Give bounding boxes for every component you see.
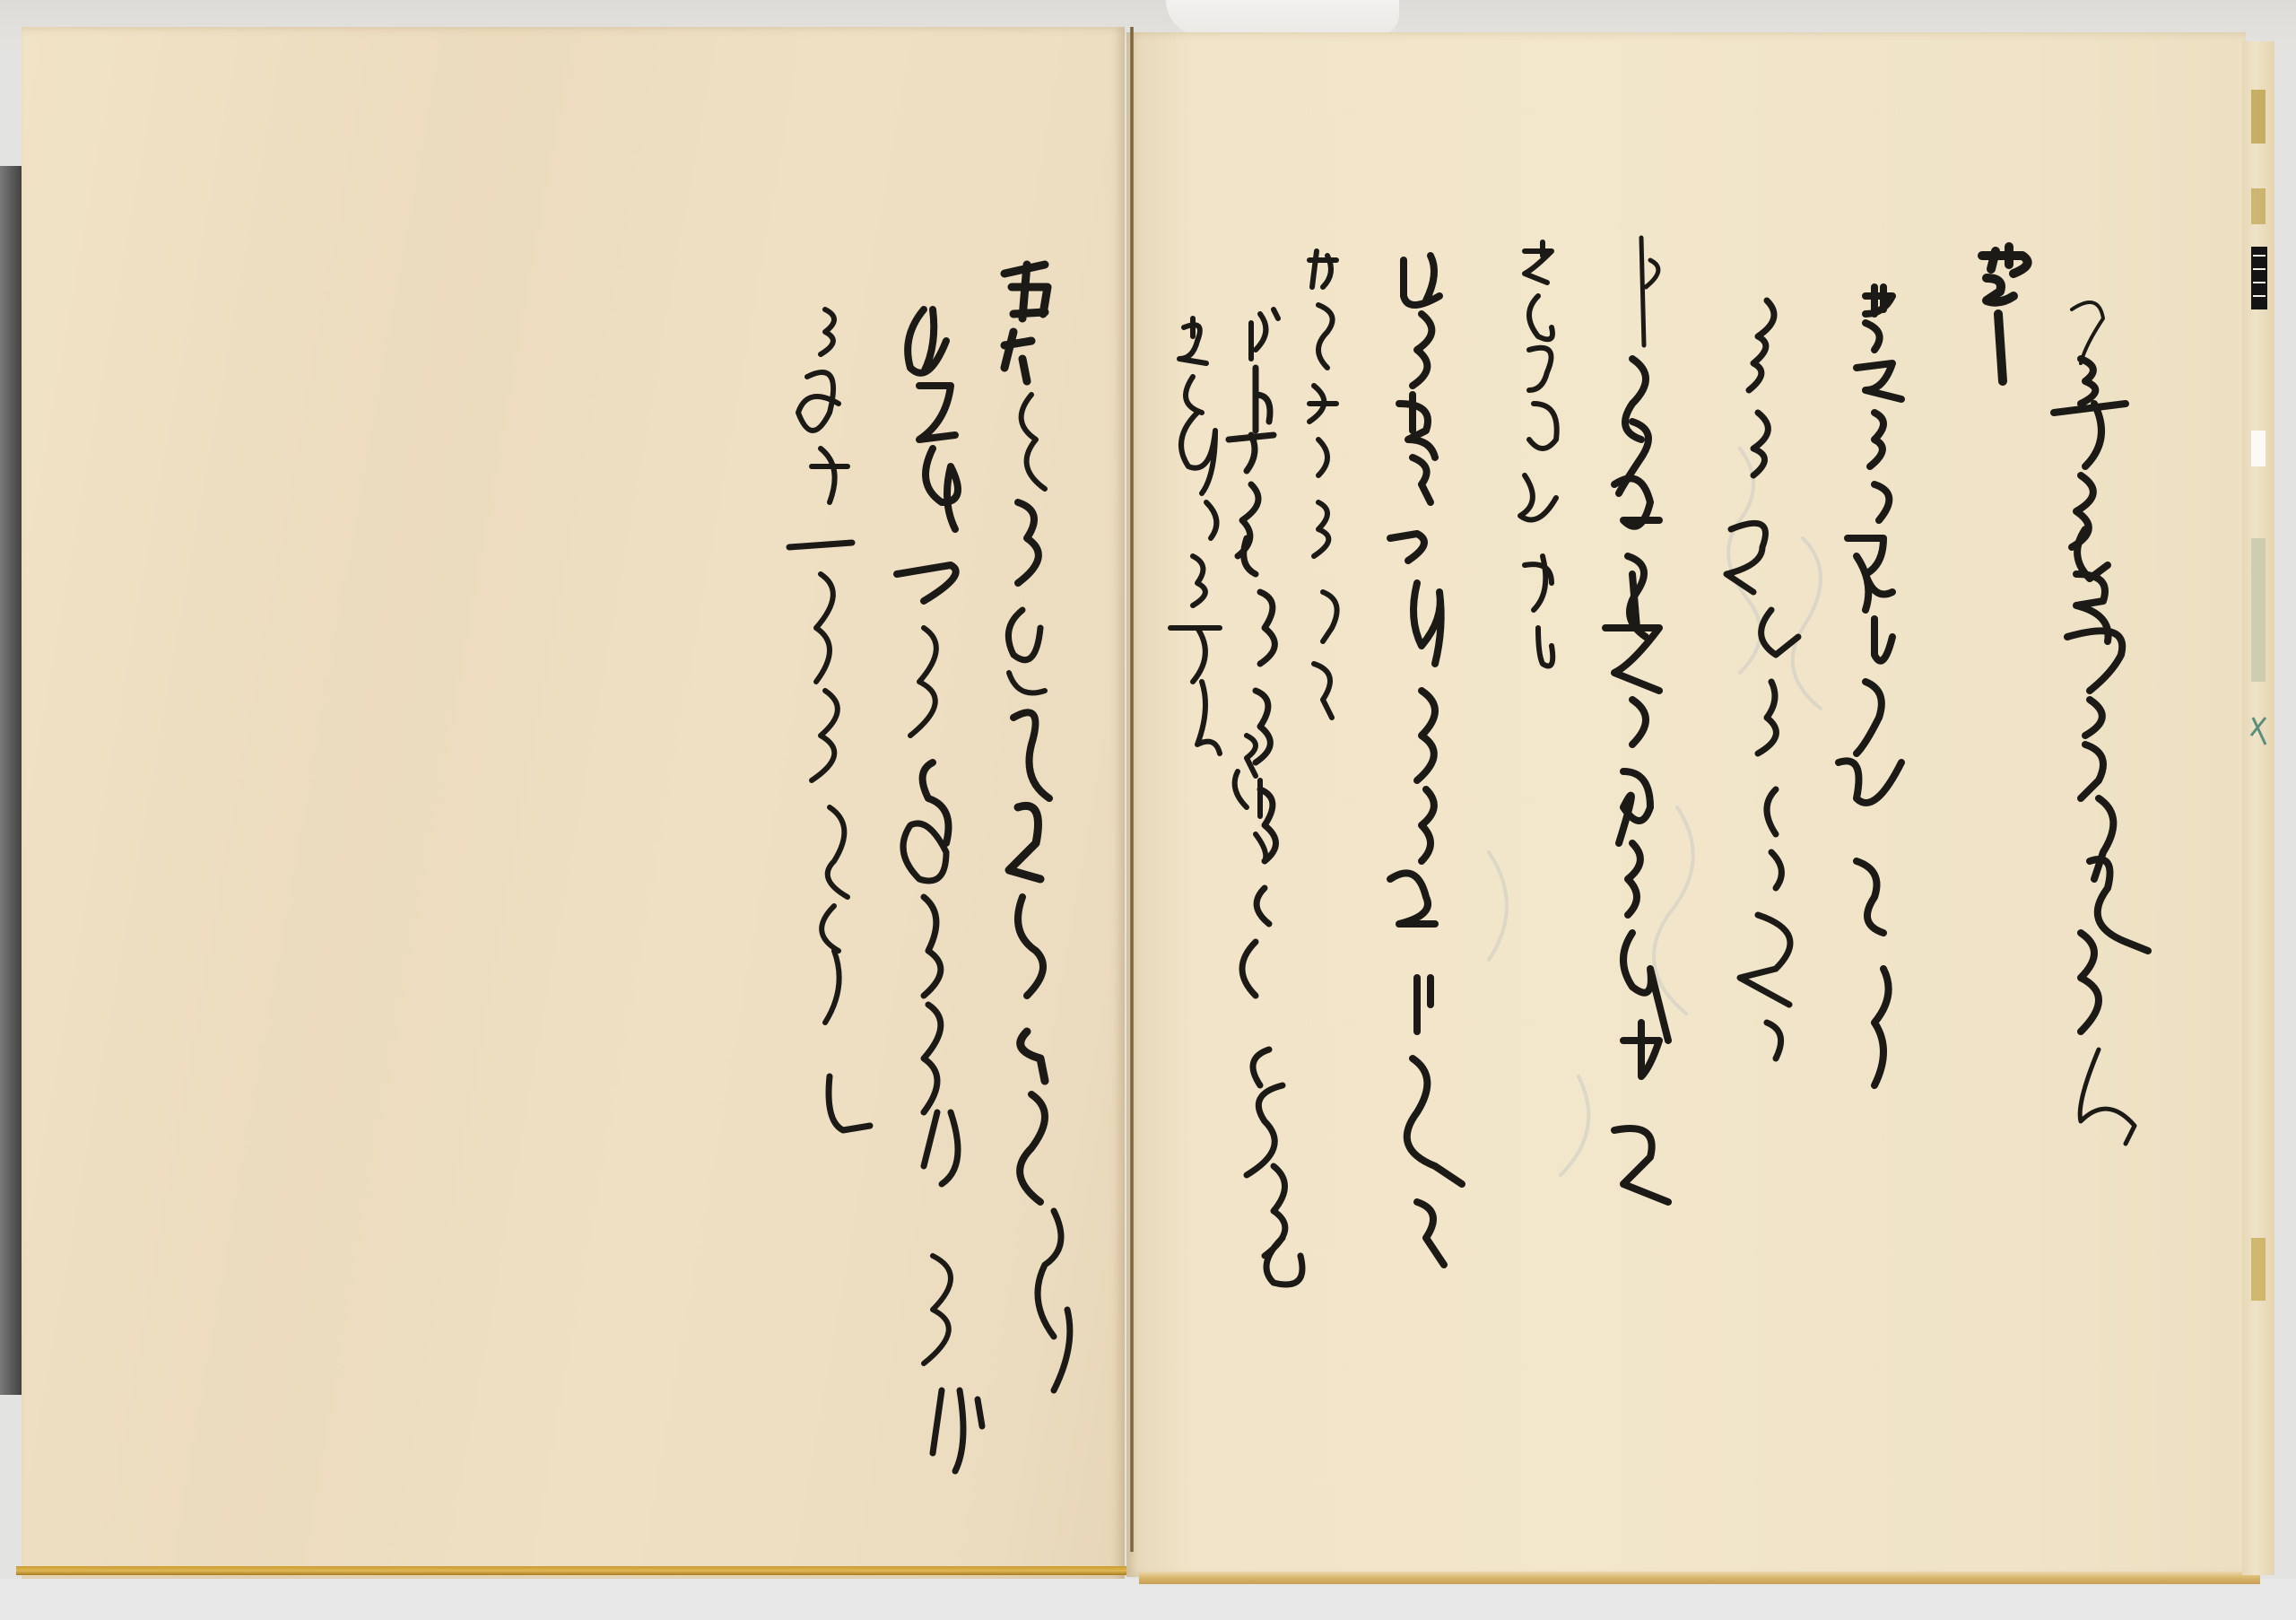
calligraphy-column-R8 [1309,251,1337,718]
calligraphy-column-R7 [1390,256,1462,1265]
calligraphy-column-R6 [1520,242,1557,666]
calligraphy-column-L3 [789,309,870,1130]
calligraphy-column-R10 [1170,318,1265,861]
calligraphy-layer [0,0,2296,1620]
calligraphy-column-R4 [1726,300,1798,1058]
calligraphy-column-R3 [1839,287,1901,1085]
calligraphy-column-R5 [1605,238,1668,1202]
calligraphy-column-R2 [1982,247,2028,381]
calligraphy-column-R1 [2054,302,2148,1144]
calligraphy-column-L1 [1004,265,1070,1390]
calligraphy-column-L2 [897,309,982,1471]
